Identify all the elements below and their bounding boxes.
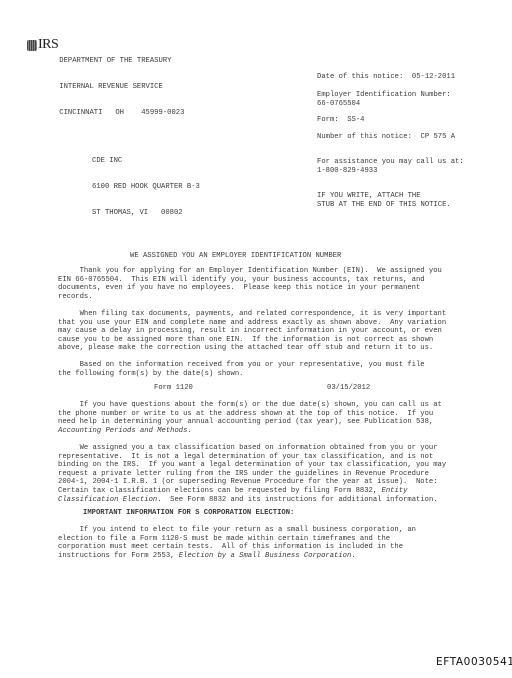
form-2553-title: Election by a Small Business Corporation [179,552,352,560]
eagle-icon [27,40,37,51]
recipient-address-line-2: ST THOMAS, VI 00802 [92,209,200,218]
paragraph-forms-required: Based on the information received from y… [58,361,478,378]
paragraph-tax-classification: We assigned you a tax classification bas… [58,444,478,504]
assistance-block: For assistance you may call us at:1-800-… [317,158,464,175]
agency-line-3: CINCINNATI OH 45999-0023 [59,109,184,118]
paragraph-filing-instructions: When filing tax documents, payments, and… [58,310,478,353]
agency-line-2: INTERNAL REVENUE SERVICE [59,83,184,92]
ein-value: 66-0765504 [317,100,451,109]
notice-date: Date of this notice: 05-12-2011 [317,73,455,82]
form-line: Form: SS-4 [317,116,364,125]
notice-number: Number of this notice: CP 575 A [317,133,455,142]
recipient-address-line-1: 6100 RED HOOK QUARTER B-3 [92,183,200,192]
paragraph-questions: If you have questions about the form(s) … [58,401,478,435]
ein-block: Employer Identification Number:66-076550… [317,91,451,108]
irs-logo-text: IRS [38,39,58,51]
irs-logo: IRS DEPARTMENT OF THE TREASURY INTERNAL … [27,39,184,135]
filing-due-date: 03/15/2012 [327,384,370,393]
recipient-address: CDE INC 6100 RED HOOK QUARTER B-3 ST THO… [92,140,200,226]
recipient-name: CDE INC [92,157,200,166]
bates-number: EFTA00305416 [436,656,512,668]
paragraph-ein-assigned: Thank you for applying for an Employer I… [58,267,478,301]
agency-line-1: DEPARTMENT OF THE TREASURY [59,57,184,66]
filing-form: Form 1120 [154,384,193,393]
s-corp-heading: IMPORTANT INFORMATION FOR S CORPORATION … [83,509,294,518]
agency-address: DEPARTMENT OF THE TREASURY INTERNAL REVE… [59,40,184,135]
publication-title: Accounting Periods and Methods [58,427,187,435]
notice-title: WE ASSIGNED YOU AN EMPLOYER IDENTIFICATI… [130,252,341,261]
paragraph-s-corp: If you intend to elect to file your retu… [58,526,478,560]
assistance-phone: 1-800-829-4933 [317,167,464,176]
write-instructions: IF YOU WRITE, ATTACH THESTUB AT THE END … [317,192,451,209]
